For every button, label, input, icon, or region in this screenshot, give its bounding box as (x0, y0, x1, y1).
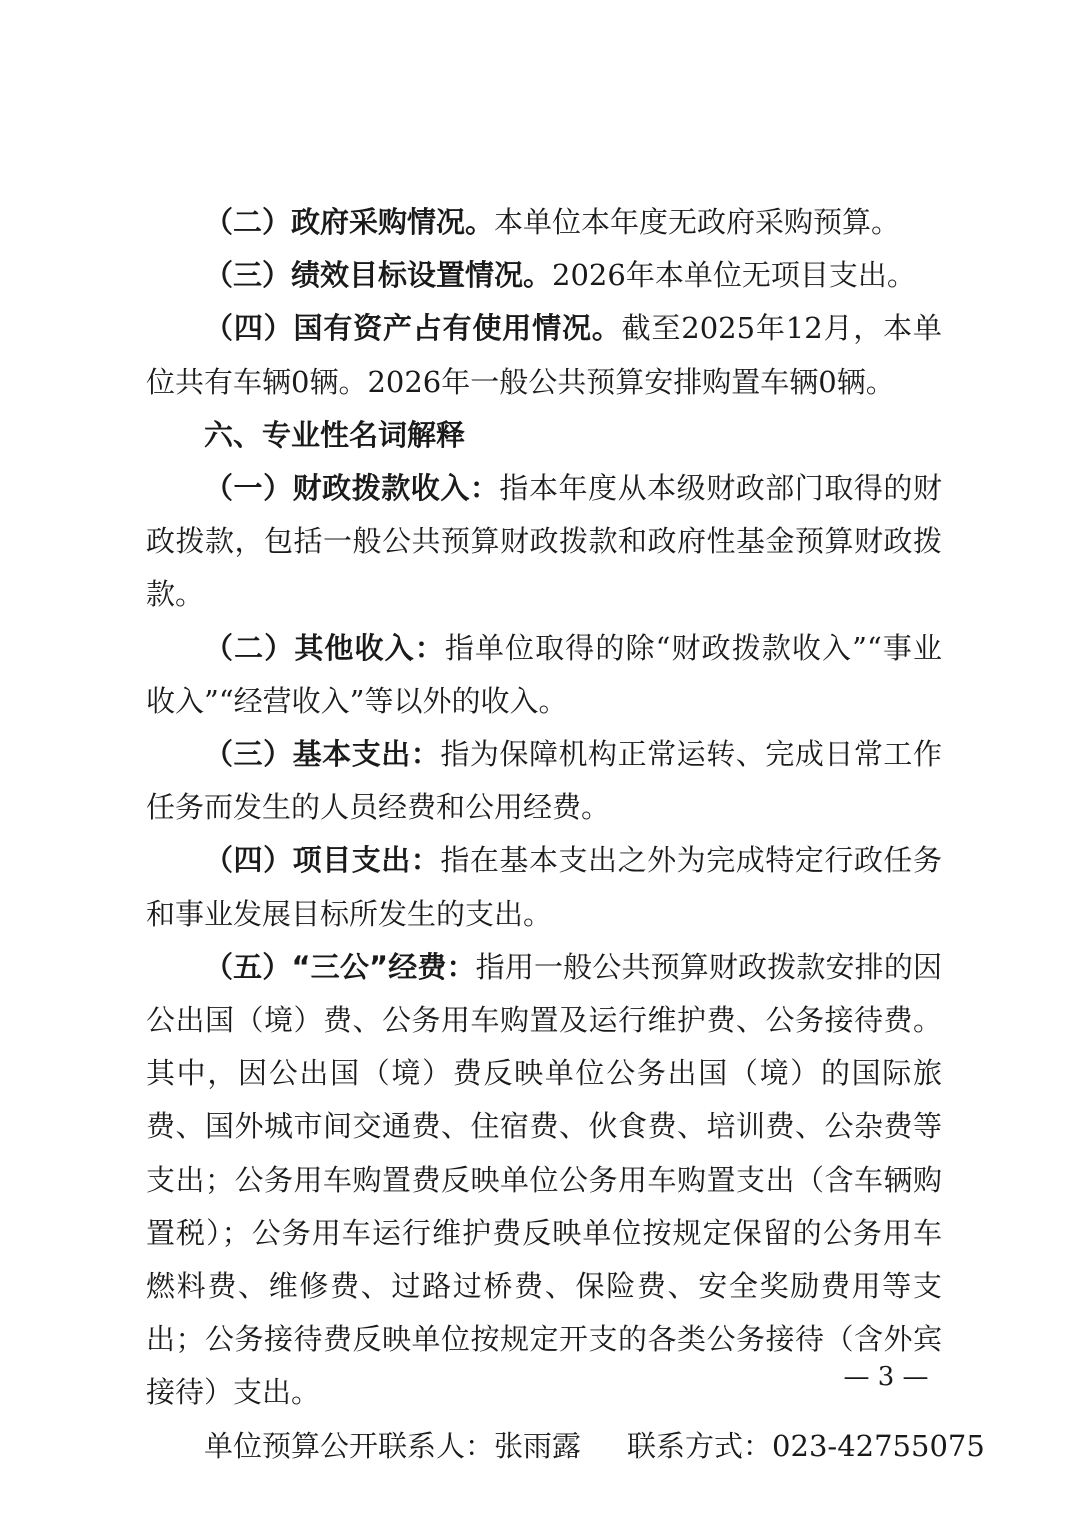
term-other-income: （二）其他收入：指单位取得的除“财政拨款收入”“事业收入”“经营收入”等以外的收… (146, 622, 942, 728)
term-project-expenditure: （四）项目支出：指在基本支出之外为完成特定行政任务和事业发展目标所发生的支出。 (146, 834, 942, 940)
term-label: （二）其他收入： (204, 631, 445, 665)
section-state-assets: （四）国有资产占有使用情况。截至2025年12月，本单位共有车辆0辆。2026年… (146, 302, 942, 408)
section-label: （三）绩效目标设置情况。 (204, 258, 552, 292)
term-three-public-expenses: （五）“三公”经费：指用一般公共预算财政拨款安排的因公出国（境）费、公务用车购置… (146, 941, 942, 1420)
contact-person-label: 单位预算公开联系人： (204, 1429, 494, 1463)
term-text: 指用一般公共预算财政拨款安排的因公出国（境）费、公务用车购置及运行维护费、公务接… (146, 950, 942, 1410)
term-label: （一）财政拨款收入： (204, 471, 499, 505)
term-basic-expenditure: （三）基本支出：指为保障机构正常运转、完成日常工作任务而发生的人员经费和公用经费… (146, 728, 942, 834)
term-label: （三）基本支出： (204, 737, 440, 771)
section-label: （二）政府采购情况。 (204, 205, 494, 239)
term-label: （五）“三公”经费： (204, 950, 476, 984)
glossary-heading: 六、专业性名词解释 (146, 409, 942, 462)
section-text: 2026年本单位无项目支出。 (552, 258, 916, 292)
contact-person: 张雨露 (494, 1429, 581, 1463)
document-page: （二）政府采购情况。本单位本年度无政府采购预算。 （三）绩效目标设置情况。202… (146, 196, 942, 1473)
page-number: — 3 — (836, 1362, 936, 1392)
contact-line: 单位预算公开联系人：张雨露联系方式：023-42755075 (146, 1420, 942, 1473)
term-label: （四）项目支出： (204, 843, 440, 877)
section-label: （四）国有资产占有使用情况。 (204, 311, 622, 345)
section-performance-goals: （三）绩效目标设置情况。2026年本单位无项目支出。 (146, 249, 942, 302)
section-government-procurement: （二）政府采购情况。本单位本年度无政府采购预算。 (146, 196, 942, 249)
contact-phone-label: 联系方式： (627, 1429, 772, 1463)
contact-phone: 023-42755075 (772, 1429, 985, 1463)
section-text: 本单位本年度无政府采购预算。 (494, 205, 900, 239)
term-fiscal-appropriation-income: （一）财政拨款收入：指本年度从本级财政部门取得的财政拨款，包括一般公共预算财政拨… (146, 462, 942, 622)
